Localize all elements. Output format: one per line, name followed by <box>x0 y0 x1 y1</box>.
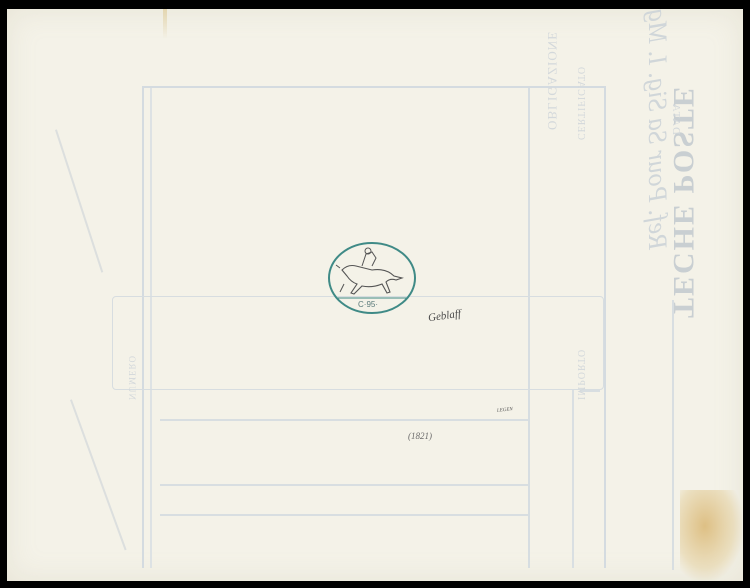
frame-column-divider <box>572 390 574 568</box>
label-show-through: OBLIGAZIONE <box>544 31 560 130</box>
script-show-through: Ref. Pour Sa Sig. I. Mg <box>642 9 672 250</box>
label-show-through: CERTIFICATO <box>575 66 586 140</box>
ruled-line <box>160 514 528 516</box>
rust-stain <box>680 490 742 580</box>
label-show-through: IMPORTO <box>575 349 586 400</box>
ruled-line <box>672 300 674 570</box>
handwritten-year: (1821) <box>408 431 432 441</box>
ruled-line <box>160 484 528 486</box>
stamp-text: C·95· <box>358 300 378 309</box>
label-show-through: NUMERO <box>127 355 137 400</box>
label-show-through: DATA <box>670 103 682 135</box>
courier-handstamp: C·95· <box>326 240 418 318</box>
fold-stain <box>163 9 167 39</box>
ruled-line <box>160 419 528 421</box>
